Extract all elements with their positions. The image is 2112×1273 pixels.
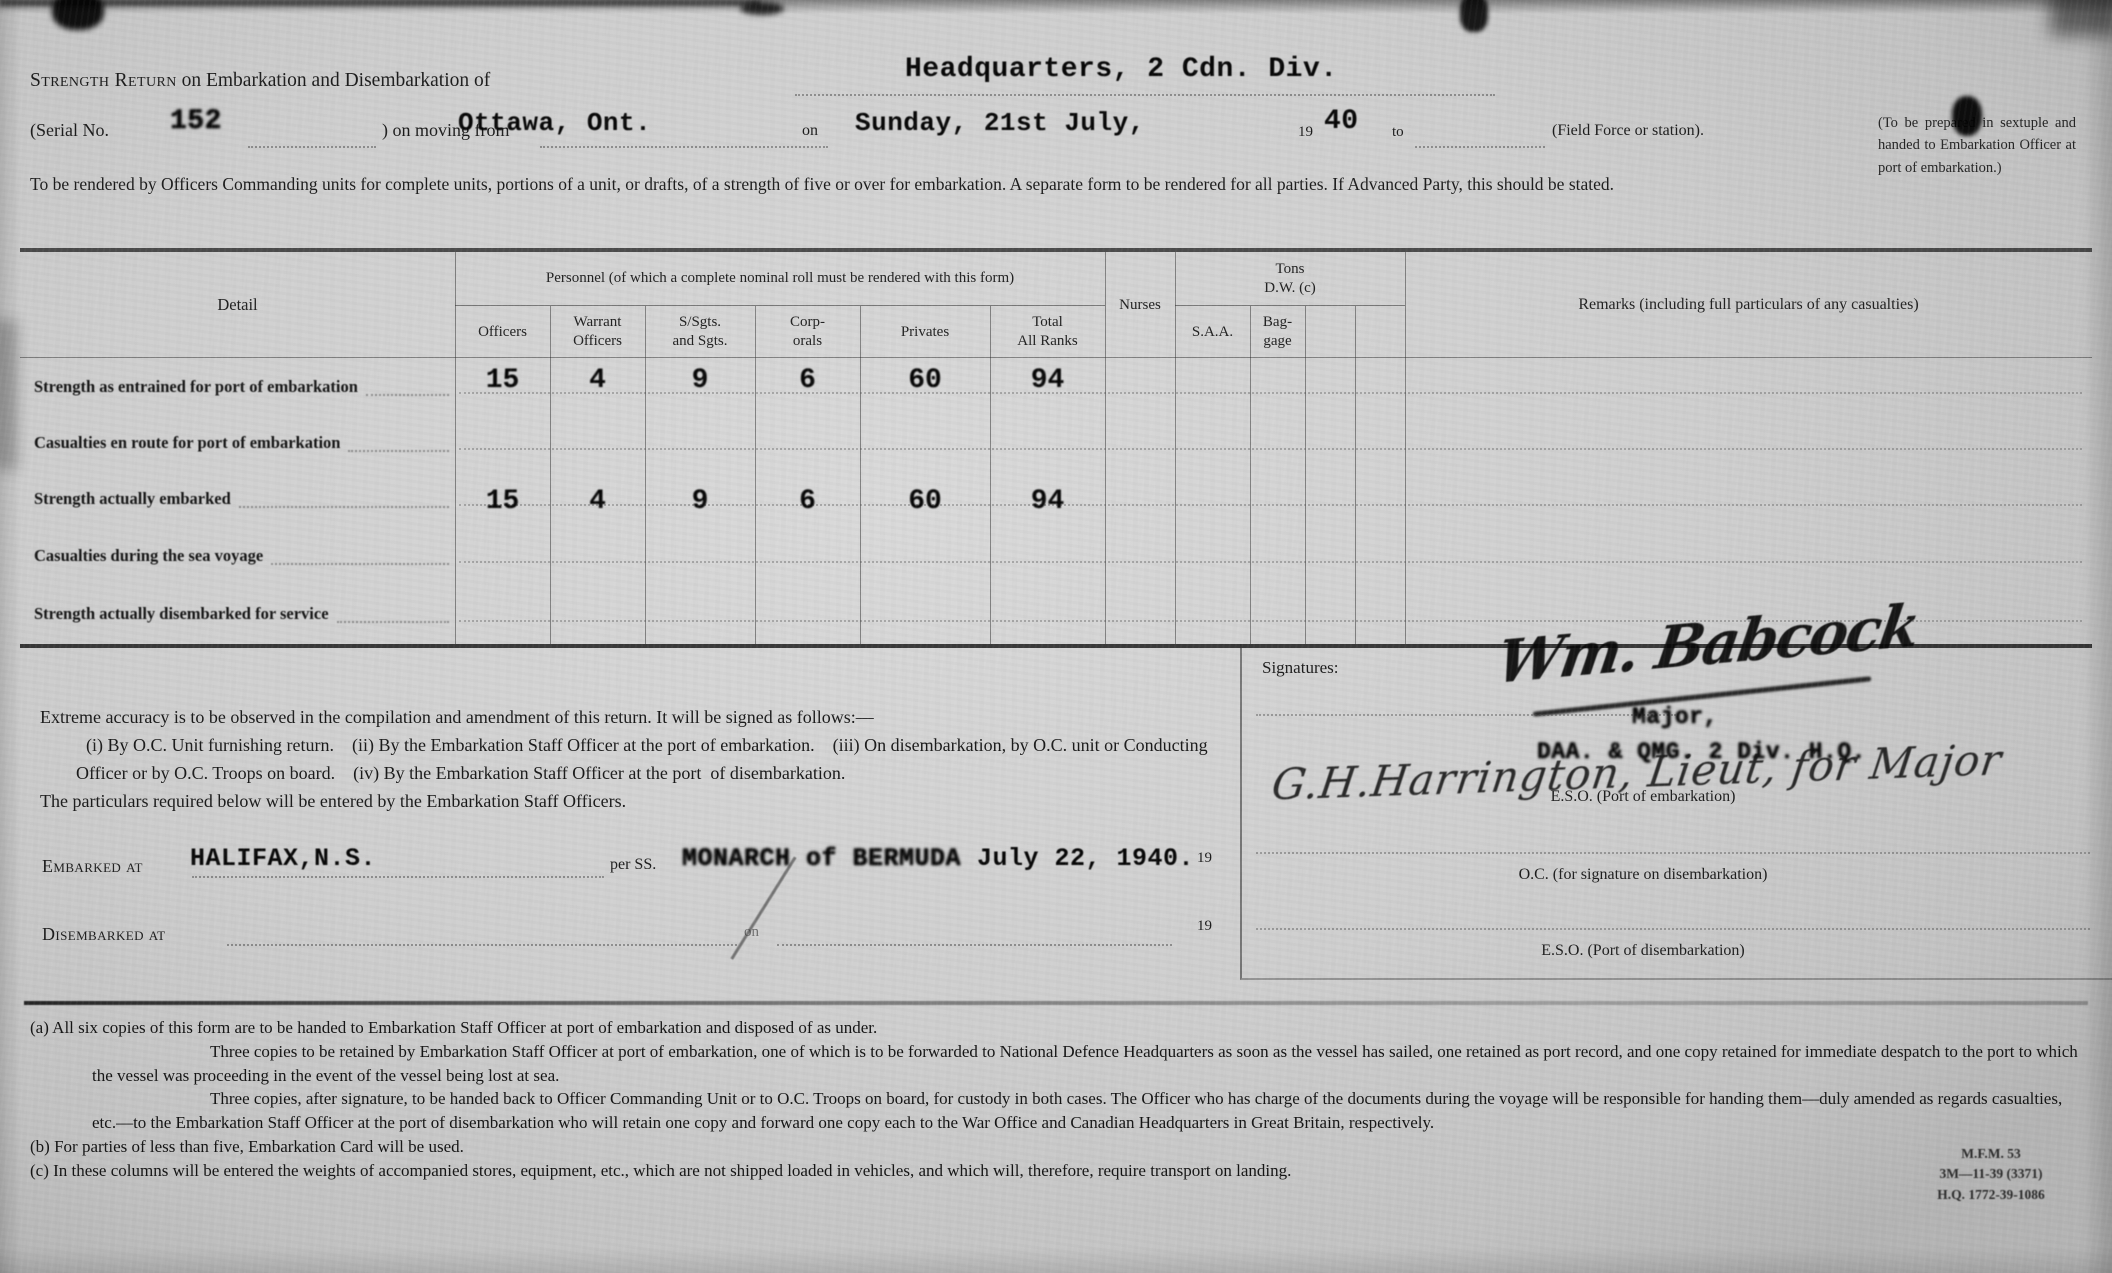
disembarked-at-label: Disembarked at	[42, 924, 166, 945]
dotted-rule	[1415, 146, 1545, 148]
embarked-at-label: Embarked at	[42, 856, 143, 877]
column-header-remarks: Remarks (including full particulars of a…	[1405, 252, 2092, 358]
eso-embarkation-caption: E.S.O. (Port of embarkation)	[1242, 788, 2112, 806]
footer-notes: (a) All six copies of this form are to b…	[30, 1016, 2088, 1183]
column-header-warrant-officers: Warrant Officers	[550, 306, 645, 358]
cell-officers: 15	[455, 358, 550, 415]
scan-edge-smudge	[0, 320, 18, 470]
ink-blot-artifact	[740, 2, 784, 15]
form-header: Strength Return on Embarkation and Disem…	[30, 58, 1860, 178]
dotted-rule	[248, 146, 376, 148]
cell-corporals: 6	[755, 470, 860, 527]
cell-total: 94	[990, 470, 1105, 527]
note-b: (b) For parties of less than five, Embar…	[30, 1135, 2088, 1159]
table-row-label: Casualties en route for port of embarkat…	[20, 415, 455, 470]
scanned-form-page: (To be prepared in sextuple and handed t…	[0, 0, 2112, 1273]
cell-total: 94	[990, 358, 1105, 415]
note-a-sub1: Three copies to be retained by Embarkati…	[92, 1040, 2088, 1088]
dotted-leader	[366, 394, 449, 396]
year-prefix: 19	[1197, 850, 1212, 867]
accuracy-line: The particulars required below will be e…	[40, 788, 1230, 816]
print-codes: M.F.M. 53 3M—11-39 (3371) H.Q. 1772-39-1…	[1902, 1144, 2080, 1205]
cell-corporals: 6	[755, 358, 860, 415]
year-prefix: 19	[1298, 124, 1313, 141]
accuracy-line: (i) By O.C. Unit furnishing return. (ii)…	[40, 732, 1230, 788]
table-row-label: Strength as entrained for port of embark…	[20, 358, 455, 415]
serial-value: 152	[170, 106, 222, 137]
note-a-sub2: Three copies, after signature, to be han…	[92, 1087, 2088, 1135]
print-code-line: M.F.M. 53	[1902, 1144, 2080, 1164]
dotted-leader	[348, 450, 449, 452]
date-value: Sunday, 21st July,	[855, 108, 1145, 138]
render-instructions: To be rendered by Officers Commanding un…	[30, 172, 1810, 197]
dotted-leader	[271, 563, 449, 565]
signatures-panel: Signatures: Wm. Babcock Major, DAA. & QM…	[1240, 644, 2112, 980]
dotted-rule	[795, 94, 1495, 96]
column-header-detail: Detail	[20, 252, 455, 358]
print-code-line: 3M—11-39 (3371)	[1902, 1164, 2080, 1184]
row-leader-line	[455, 527, 2092, 584]
dotted-rule	[1256, 928, 2090, 930]
dotted-rule	[1256, 714, 1676, 716]
column-header-privates: Privates	[860, 306, 990, 358]
accuracy-instructions: Extreme accuracy is to be observed in th…	[40, 704, 1230, 816]
per-ss-label: per SS.	[610, 856, 656, 874]
table-row-label: Strength actually disembarked for servic…	[20, 584, 455, 644]
scan-edge-streak	[0, 0, 760, 6]
column-header-officers: Officers	[455, 306, 550, 358]
disembarked-line: Disembarked at on 19	[42, 914, 1232, 956]
cell-privates: 60	[860, 358, 990, 415]
form-title: Strength Return on Embarkation and Disem…	[30, 70, 490, 92]
ink-blot-artifact	[52, 0, 104, 30]
cell-warrant: 4	[550, 358, 645, 415]
unit-value: Headquarters, 2 Cdn. Div.	[905, 54, 1338, 85]
cell-officers: 15	[455, 470, 550, 527]
from-value: Ottawa, Ont.	[458, 108, 651, 138]
strength-table: Detail Personnel (of which a complete no…	[20, 248, 2092, 648]
dotted-rule	[777, 944, 1172, 946]
print-code-line: H.Q. 1772-39-1086	[1902, 1185, 2080, 1205]
serial-label: (Serial No.	[30, 120, 109, 141]
column-header-baggage: Bag- gage	[1250, 306, 1305, 358]
field-force-label: (Field Force or station).	[1552, 122, 1704, 140]
year-prefix: 19	[1197, 918, 1212, 935]
oc-disembarkation-caption: O.C. (for signature on disembarkation)	[1242, 866, 2112, 884]
embarked-place-value: HALIFAX,N.S.	[190, 844, 376, 873]
to-label: to	[1392, 124, 1404, 141]
signatures-label: Signatures:	[1262, 658, 1339, 678]
column-header-corporals: Corp- orals	[755, 306, 860, 358]
table-rule	[1355, 306, 1405, 644]
table-row-label: Casualties during the sea voyage	[20, 527, 455, 584]
rank-line: Major,	[1632, 704, 1718, 730]
column-group-personnel: Personnel (of which a complete nominal r…	[455, 252, 1105, 306]
table-row-label: Strength actually embarked	[20, 470, 455, 527]
dotted-rule	[227, 944, 737, 946]
row-leader-line	[455, 415, 2092, 470]
note-a: (a) All six copies of this form are to b…	[30, 1016, 2088, 1040]
embark-date-value: July 22, 1940.	[977, 844, 1194, 873]
dotted-rule	[192, 876, 604, 878]
year-value: 40	[1324, 106, 1359, 137]
column-group-tons: Tons D.W. (c)	[1175, 252, 1405, 306]
embarked-line: Embarked at HALIFAX,N.S. per SS. MONARCH…	[42, 846, 1232, 888]
column-header-nurses: Nurses	[1105, 252, 1175, 358]
column-header-saa: S.A.A.	[1175, 306, 1250, 358]
column-header-sgts: S/Sgts. and Sgts.	[645, 306, 755, 358]
cell-sgts: 9	[645, 358, 755, 415]
note-c: (c) In these columns will be entered the…	[30, 1159, 2088, 1183]
column-header-total: Total All Ranks	[990, 306, 1105, 358]
cell-privates: 60	[860, 470, 990, 527]
ship-value: MONARCH of BERMUDA	[682, 844, 961, 873]
sextuple-note: (To be prepared in sextuple and handed t…	[1878, 112, 2076, 179]
cell-sgts: 9	[645, 470, 755, 527]
eso-disembarkation-caption: E.S.O. (Port of disembarkation)	[1242, 942, 2112, 960]
dotted-rule	[1256, 852, 2090, 854]
dotted-leader	[239, 506, 449, 508]
scan-corner-shadow	[2050, 0, 2112, 36]
accuracy-line: Extreme accuracy is to be observed in th…	[40, 704, 1230, 732]
dotted-rule	[540, 146, 828, 148]
ink-blot-artifact	[1460, 0, 1488, 32]
table-rule	[1305, 306, 1355, 644]
cell-warrant: 4	[550, 470, 645, 527]
dotted-leader	[337, 621, 449, 623]
on-label: on	[802, 122, 818, 140]
section-divider-rule	[24, 1001, 2088, 1005]
